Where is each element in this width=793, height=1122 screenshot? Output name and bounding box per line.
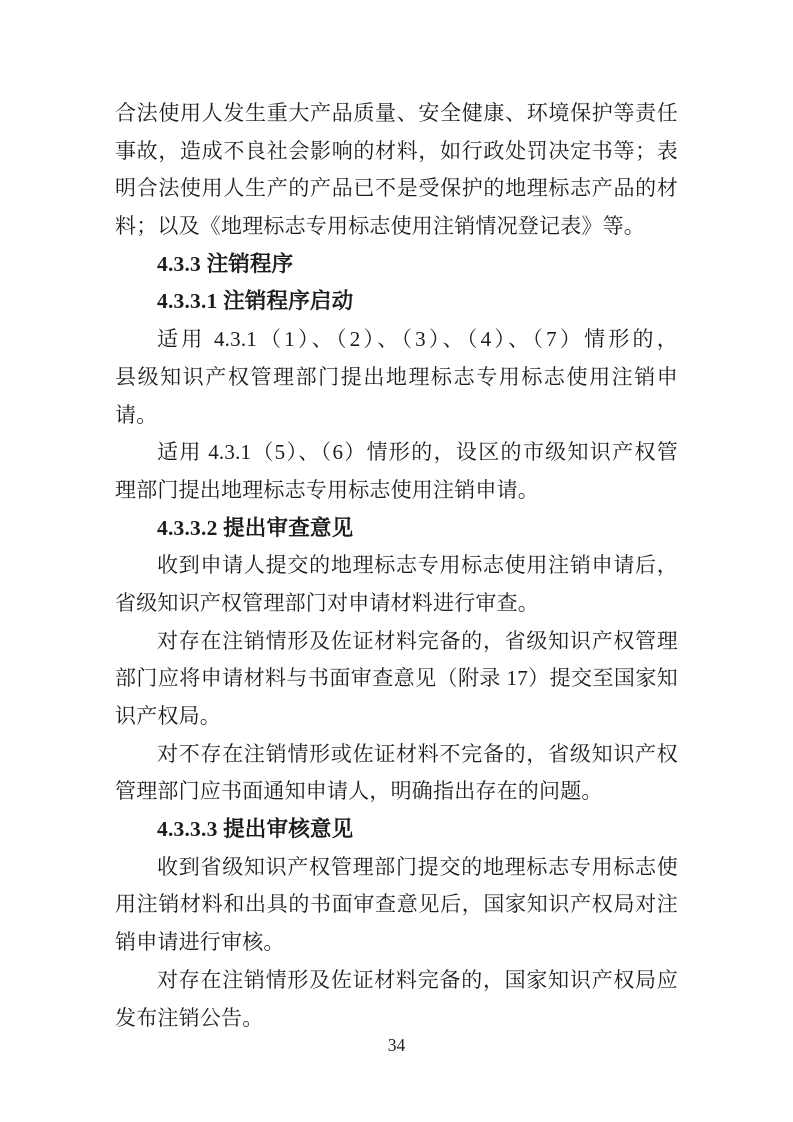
text-line: 销申请进行审核。 bbox=[115, 924, 678, 962]
text-line: 对存在注销情形及佐证材料完备的，省级知识产权管理 bbox=[115, 623, 678, 661]
section-heading: 4.3.3.1 注销程序启动 bbox=[115, 283, 678, 321]
text-line: 部门应将申请材料与书面审查意见（附录 17）提交至国家知 bbox=[115, 660, 678, 698]
text-line: 收到申请人提交的地理标志专用标志使用注销申请后， bbox=[115, 547, 678, 585]
text-line: 省级知识产权管理部门对申请材料进行审查。 bbox=[115, 585, 678, 623]
paragraph: 合法使用人发生重大产品质量、安全健康、环境保护等责任事故，造成不良社会影响的材料… bbox=[115, 95, 678, 246]
page-footer: 34 bbox=[0, 1033, 793, 1057]
text-line: 明合法使用人生产的产品已不是受保护的地理标志产品的材 bbox=[115, 170, 678, 208]
paragraph: 适用 4.3.1（5）、（6）情形的，设区的市级知识产权管理部门提出地理标志专用… bbox=[115, 434, 678, 509]
text-line: 用注销材料和出具的书面审查意见后，国家知识产权局对注 bbox=[115, 886, 678, 924]
paragraph: 适用 4.3.1（1）、（2）、（3）、（4）、（7）情形的，县级知识产权管理部… bbox=[115, 321, 678, 434]
text-line: 收到省级知识产权管理部门提交的地理标志专用标志使 bbox=[115, 849, 678, 887]
text-block: 合法使用人发生重大产品质量、安全健康、环境保护等责任事故，造成不良社会影响的材料… bbox=[115, 95, 678, 1037]
text-line: 合法使用人发生重大产品质量、安全健康、环境保护等责任 bbox=[115, 95, 678, 133]
section-heading: 4.3.3 注销程序 bbox=[115, 246, 678, 284]
text-line: 理部门提出地理标志专用标志使用注销申请。 bbox=[115, 472, 678, 510]
text-line: 请。 bbox=[115, 397, 678, 435]
text-line: 事故，造成不良社会影响的材料，如行政处罚决定书等；表 bbox=[115, 133, 678, 171]
text-line: 县级知识产权管理部门提出地理标志专用标志使用注销申 bbox=[115, 359, 678, 397]
text-line: 对不存在注销情形或佐证材料不完备的，省级知识产权 bbox=[115, 736, 678, 774]
section-heading: 4.3.3.3 提出审核意见 bbox=[115, 811, 678, 849]
text-line: 发布注销公告。 bbox=[115, 1000, 678, 1038]
document-page: 合法使用人发生重大产品质量、安全健康、环境保护等责任事故，造成不良社会影响的材料… bbox=[0, 0, 793, 1122]
paragraph: 对不存在注销情形或佐证材料不完备的，省级知识产权管理部门应书面通知申请人，明确指… bbox=[115, 736, 678, 811]
text-line: 对存在注销情形及佐证材料完备的，国家知识产权局应 bbox=[115, 962, 678, 1000]
page-number: 34 bbox=[388, 1035, 406, 1055]
paragraph: 对存在注销情形及佐证材料完备的，省级知识产权管理部门应将申请材料与书面审查意见（… bbox=[115, 623, 678, 736]
text-line: 适用 4.3.1（1）、（2）、（3）、（4）、（7）情形的， bbox=[115, 321, 678, 359]
text-line: 适用 4.3.1（5）、（6）情形的，设区的市级知识产权管 bbox=[115, 434, 678, 472]
paragraph: 收到申请人提交的地理标志专用标志使用注销申请后，省级知识产权管理部门对申请材料进… bbox=[115, 547, 678, 622]
text-line: 识产权局。 bbox=[115, 698, 678, 736]
text-line: 料；以及《地理标志专用标志使用注销情况登记表》等。 bbox=[115, 208, 678, 246]
paragraph: 收到省级知识产权管理部门提交的地理标志专用标志使用注销材料和出具的书面审查意见后… bbox=[115, 849, 678, 962]
section-heading: 4.3.3.2 提出审查意见 bbox=[115, 510, 678, 548]
text-line: 管理部门应书面通知申请人，明确指出存在的问题。 bbox=[115, 773, 678, 811]
paragraph: 对存在注销情形及佐证材料完备的，国家知识产权局应发布注销公告。 bbox=[115, 962, 678, 1037]
